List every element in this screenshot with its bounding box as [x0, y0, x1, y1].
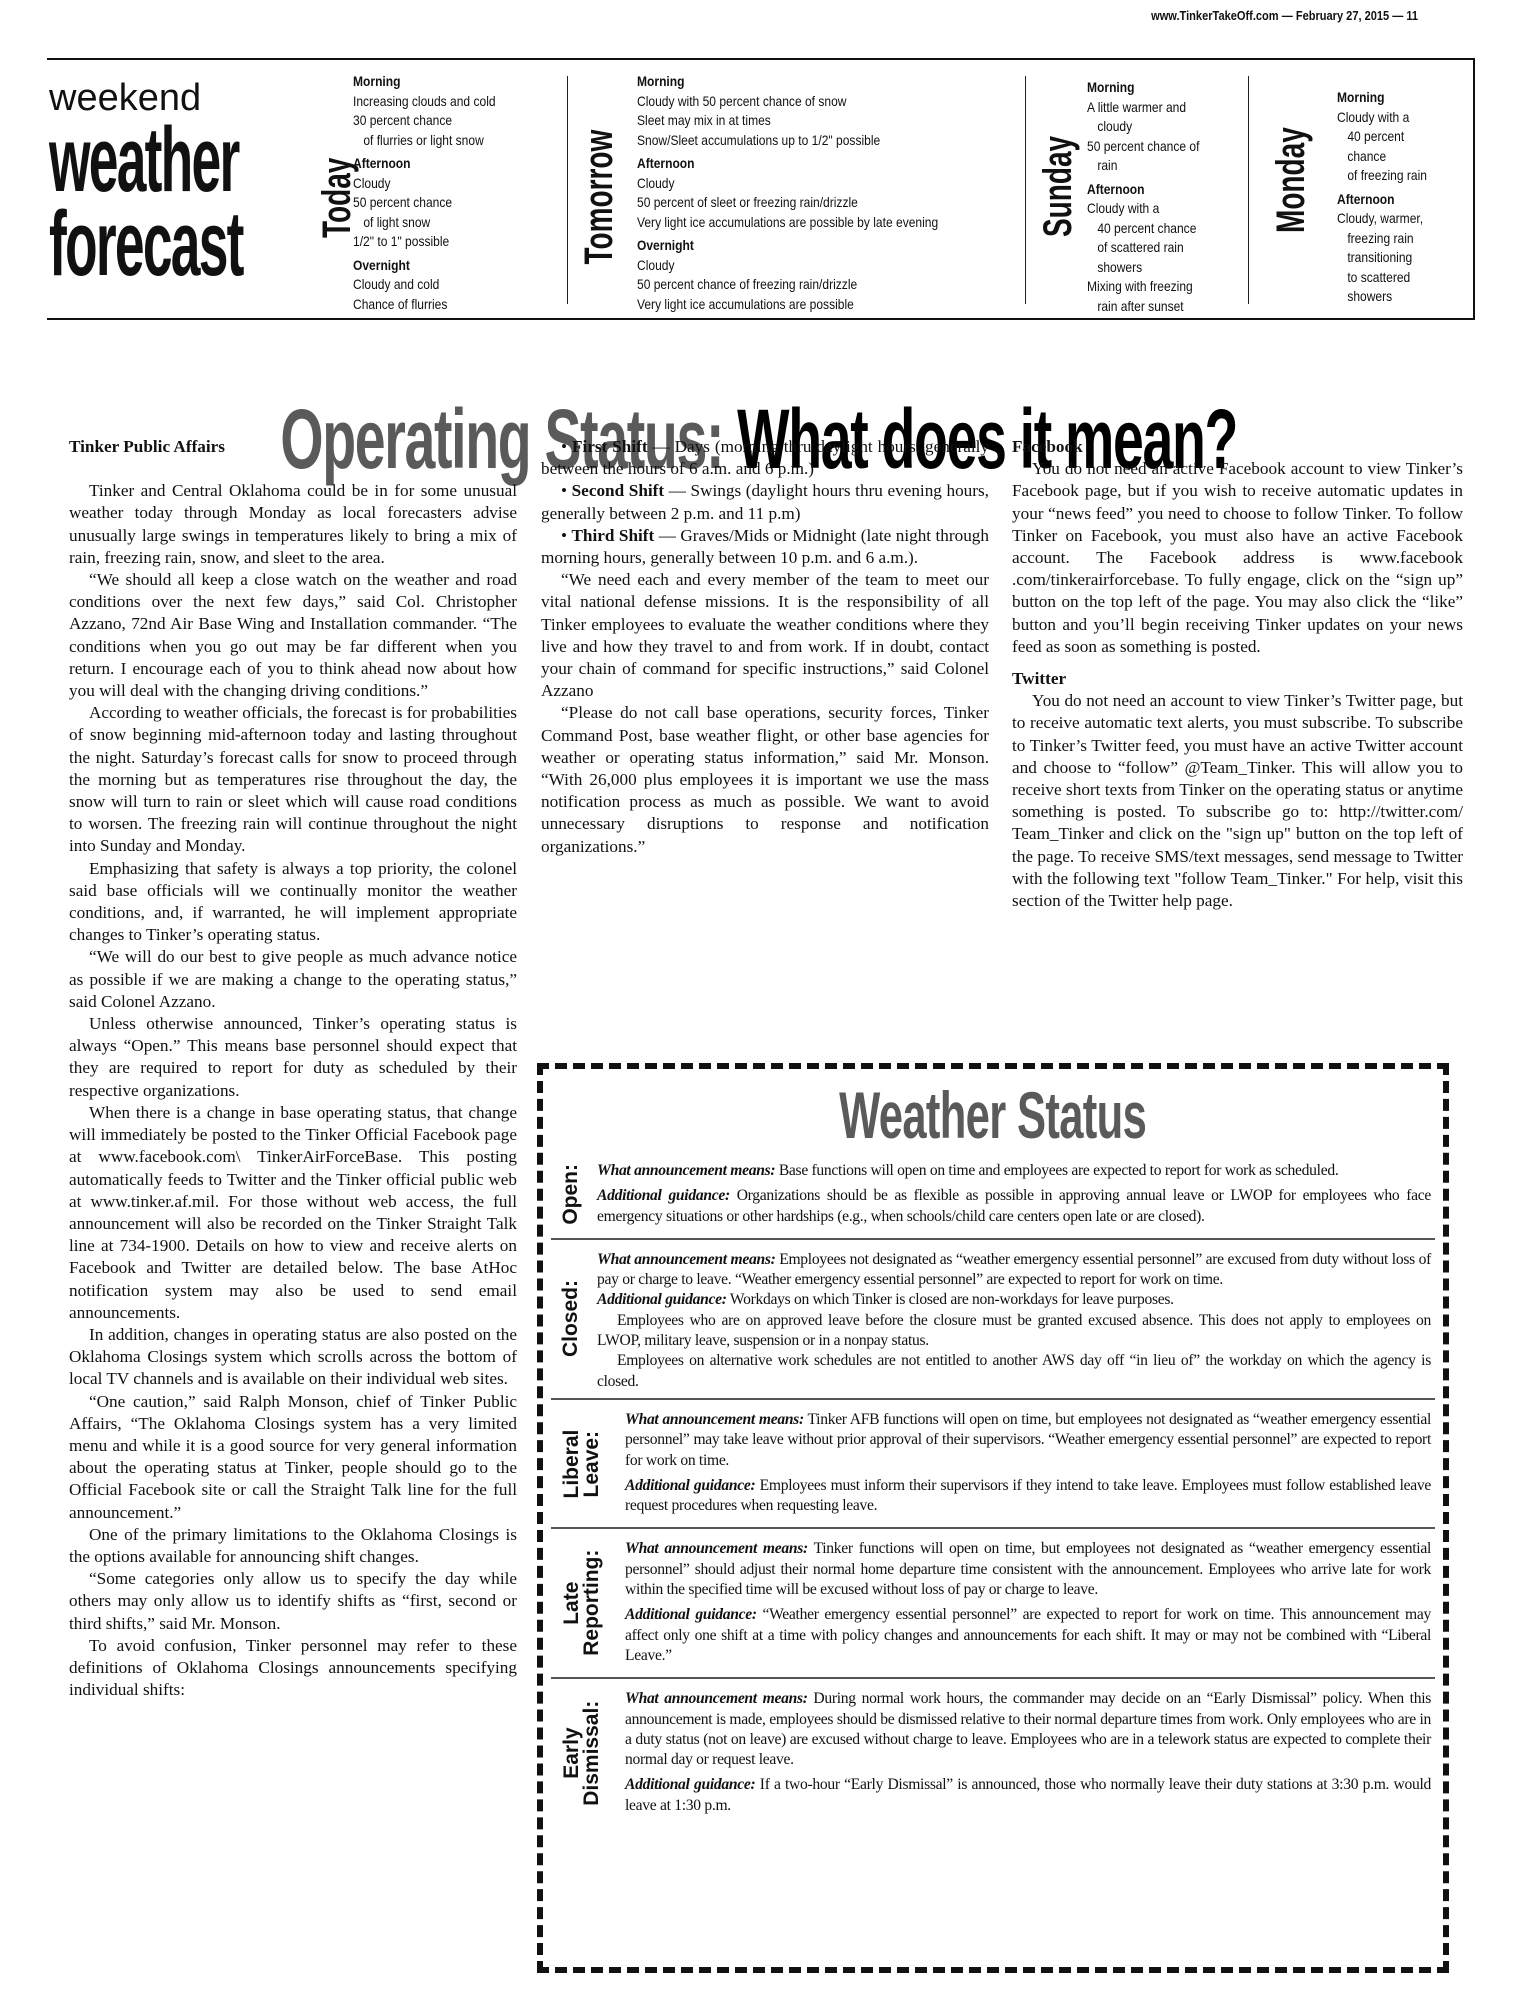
status-body: What announcement means: During normal w…	[625, 1679, 1435, 1827]
forecast-day-sunday: Sunday Morning A little warmer and cloud…	[1032, 68, 1232, 314]
means-paragraph: What announcement means: Tinker function…	[625, 1539, 1431, 1600]
status-label: Closed:	[551, 1240, 591, 1398]
shift-name: Second Shift	[572, 481, 664, 500]
day-periods: Morning Cloudy with 50 percent chance of…	[637, 72, 938, 314]
period-line: 30 percent chance	[353, 111, 496, 131]
period-line: Cloudy	[637, 174, 938, 194]
article-column-3: Facebook You do not need an active Faceb…	[1012, 436, 1463, 912]
means-key: What announcement means:	[597, 1251, 776, 1268]
means-key: What announcement means:	[625, 1690, 808, 1707]
period-line: Cloudy with a	[1087, 199, 1199, 219]
means-paragraph: What announcement means: Tinker AFB func…	[625, 1410, 1431, 1471]
paragraph: “We should all keep a close watch on the…	[69, 569, 517, 702]
byline: Tinker Public Affairs	[69, 436, 517, 458]
period-line: of scattered rain	[1087, 238, 1199, 258]
status-label-text: Liberal Leave:	[562, 1400, 610, 1527]
status-row-early-dismissal: Early Dismissal: What announcement means…	[551, 1679, 1435, 1827]
paragraph: “We need each and every member of the te…	[541, 569, 989, 702]
guidance-paragraph: Additional guidance: “Weather emergency …	[625, 1605, 1431, 1666]
article-column-2: • First Shift — Days (morning thru dayli…	[541, 436, 989, 858]
forecast-day-tomorrow: Tomorrow Morning Cloudy with 50 percent …	[577, 68, 1047, 314]
forecast-divider	[1025, 76, 1026, 304]
status-label-text: Open:	[561, 1164, 581, 1225]
weekend-forecast-box: weekend weather forecast Today Morning I…	[47, 58, 1475, 320]
means-paragraph: What announcement means: Employees not d…	[597, 1250, 1431, 1291]
period-line: 50 percent of sleet or freezing rain/dri…	[637, 193, 938, 213]
status-row-late-reporting: Late Reporting: What announcement means:…	[551, 1529, 1435, 1679]
period-line: to scattered	[1337, 268, 1427, 288]
period-line: 40 percent chance	[1087, 219, 1199, 239]
paragraph: “Please do not call base operations, sec…	[541, 702, 989, 857]
period-name: Afternoon	[353, 154, 496, 174]
status-body: What announcement means: Employees not d…	[597, 1240, 1435, 1398]
day-label: Sunday	[1036, 167, 1081, 237]
period-line: of freezing rain	[1337, 166, 1427, 186]
period-name: Afternoon	[637, 154, 938, 174]
guidance-key: Additional guidance:	[625, 1776, 755, 1793]
day-label: Tomorrow	[577, 146, 622, 265]
period-line: Cloudy	[637, 256, 938, 276]
period-line: Chance of flurries	[353, 295, 496, 315]
day-periods: Morning Increasing clouds and cold 30 pe…	[353, 72, 496, 314]
period-line: Cloudy with 50 percent chance of snow	[637, 92, 938, 112]
means-key: What announcement means:	[625, 1540, 808, 1557]
guidance-paragraph: Additional guidance: If a two-hour “Earl…	[625, 1775, 1431, 1816]
paragraph: “Some categories only allow us to specif…	[69, 1568, 517, 1635]
period-name: Morning	[353, 72, 496, 92]
period-line: 50 percent chance of freezing rain/drizz…	[637, 275, 938, 295]
period-line: rain	[1087, 156, 1199, 176]
paragraph: “We will do our best to give people as m…	[69, 946, 517, 1013]
guidance-paragraph: Additional guidance: Workdays on which T…	[597, 1290, 1431, 1310]
shift-name: Third Shift	[571, 526, 654, 545]
forecast-day-today: Today Morning Increasing clouds and cold…	[315, 68, 595, 314]
period-line: freezing rain	[1337, 229, 1427, 249]
guidance-text: Workdays on which Tinker is closed are n…	[727, 1291, 1174, 1308]
period-name: Morning	[637, 72, 938, 92]
period-name: Overnight	[353, 256, 496, 276]
means-paragraph: What announcement means: Base functions …	[597, 1161, 1431, 1181]
status-label: Open:	[551, 1151, 591, 1238]
facebook-heading: Facebook	[1012, 436, 1463, 458]
weather-status-title: Weather Status	[543, 1079, 1443, 1151]
status-body: What announcement means: Tinker AFB func…	[625, 1400, 1435, 1527]
period-line: of light snow	[353, 213, 496, 233]
guidance-key: Additional guidance:	[625, 1477, 755, 1494]
status-body: What announcement means: Base functions …	[597, 1151, 1435, 1238]
paragraph: When there is a change in base operating…	[69, 1102, 517, 1324]
guidance-paragraph: Additional guidance: Employees must info…	[625, 1476, 1431, 1517]
means-text: Base functions will open on time and emp…	[775, 1162, 1338, 1179]
period-line: showers	[1087, 258, 1199, 278]
period-name: Afternoon	[1337, 190, 1427, 210]
status-body: What announcement means: Tinker function…	[625, 1529, 1435, 1677]
forecast-divider	[567, 76, 568, 304]
paragraph: Emphasizing that safety is always a top …	[69, 858, 517, 947]
status-label: Early Dismissal:	[551, 1679, 621, 1827]
means-key: What announcement means:	[597, 1162, 775, 1179]
shift-item-first: • First Shift — Days (morning thru dayli…	[541, 436, 989, 480]
period-line: 40 percent	[1337, 127, 1427, 147]
article-column-1: Tinker Public Affairs Tinker and Central…	[69, 436, 517, 1701]
twitter-heading: Twitter	[1012, 668, 1463, 690]
paragraph: Unless otherwise announced, Tinker’s ope…	[69, 1013, 517, 1102]
guidance-key: Additional guidance:	[597, 1291, 727, 1308]
period-line: Cloudy with a	[1337, 108, 1427, 128]
day-periods: Morning Cloudy with a 40 percent chance …	[1337, 88, 1427, 307]
shift-name: First Shift	[572, 437, 648, 456]
page-folio: www.TinkerTakeOff.com — February 27, 201…	[1151, 8, 1418, 23]
period-name: Morning	[1087, 78, 1199, 98]
status-row-liberal-leave: Liberal Leave: What announcement means: …	[551, 1400, 1435, 1529]
period-line: rain after sunset	[1087, 297, 1199, 317]
period-line: Snow/Sleet accumulations up to 1/2" poss…	[637, 131, 938, 151]
status-row-closed: Closed: What announcement means: Employe…	[551, 1240, 1435, 1400]
guidance-extra: Employees who are on approved leave befo…	[597, 1311, 1431, 1352]
guidance-extra: Employees on alternative work schedules …	[597, 1351, 1431, 1392]
facebook-paragraph: You do not need an active Facebook accou…	[1012, 458, 1463, 658]
period-name: Afternoon	[1087, 180, 1199, 200]
forecast-title-forecast: forecast	[49, 202, 243, 286]
period-line: cloudy	[1087, 117, 1199, 137]
period-line: 50 percent chance of	[1087, 137, 1199, 157]
weather-status-title-text: Weather Status	[839, 1079, 1146, 1151]
period-name: Overnight	[637, 236, 938, 256]
period-name: Morning	[1337, 88, 1427, 108]
paragraph: Tinker and Central Oklahoma could be in …	[69, 480, 517, 569]
forecast-day-monday: Monday Morning Cloudy with a 40 percent …	[1257, 68, 1457, 314]
status-label-text: Late Reporting:	[562, 1529, 610, 1677]
paragraph: “One caution,” said Ralph Monson, chief …	[69, 1391, 517, 1524]
means-paragraph: What announcement means: During normal w…	[625, 1689, 1431, 1770]
period-line: Cloudy and cold	[353, 275, 496, 295]
period-line: chance	[1337, 147, 1427, 167]
guidance-key: Additional guidance:	[597, 1187, 730, 1204]
period-line: A little warmer and	[1087, 98, 1199, 118]
paragraph: To avoid confusion, Tinker personnel may…	[69, 1635, 517, 1702]
period-line: Sleet may mix in at times	[637, 111, 938, 131]
status-label: Late Reporting:	[551, 1529, 621, 1677]
status-label-text: Early Dismissal:	[562, 1679, 610, 1827]
shift-item-third: • Third Shift — Graves/Mids or Midnight …	[541, 525, 989, 569]
paragraph: One of the primary limitations to the Ok…	[69, 1524, 517, 1568]
day-periods: Morning A little warmer and cloudy 50 pe…	[1087, 78, 1199, 316]
guidance-paragraph: Additional guidance: Organizations shoul…	[597, 1186, 1431, 1227]
period-line: transitioning	[1337, 248, 1427, 268]
period-line: showers	[1337, 287, 1427, 307]
period-line: of flurries or light snow	[353, 131, 496, 151]
period-line: Cloudy, warmer,	[1337, 209, 1427, 229]
period-line: Very light ice accumulations are possibl…	[637, 213, 938, 233]
forecast-title-weather: weather	[49, 118, 243, 202]
period-line: Mixing with freezing	[1087, 277, 1199, 297]
period-line: 50 percent chance	[353, 193, 496, 213]
status-label: Liberal Leave:	[551, 1400, 621, 1527]
twitter-paragraph: You do not need an account to view Tinke…	[1012, 690, 1463, 912]
status-row-open: Open: What announcement means: Base func…	[551, 1151, 1435, 1240]
shift-item-second: • Second Shift — Swings (daylight hours …	[541, 480, 989, 524]
period-line: Increasing clouds and cold	[353, 92, 496, 112]
paragraph: In addition, changes in operating status…	[69, 1324, 517, 1391]
period-line: 1/2" to 1" possible	[353, 232, 496, 252]
status-label-text: Closed:	[561, 1280, 581, 1357]
period-line: Cloudy	[353, 174, 496, 194]
means-key: What announcement means:	[625, 1411, 804, 1428]
day-label: Monday	[1269, 163, 1314, 233]
forecast-divider	[1248, 76, 1249, 304]
paragraph: According to weather officials, the fore…	[69, 702, 517, 857]
weather-status-box: Weather Status Open: What announcement m…	[537, 1063, 1449, 1973]
guidance-key: Additional guidance:	[625, 1606, 757, 1623]
period-line: Very light ice accumulations are possibl…	[637, 295, 938, 315]
